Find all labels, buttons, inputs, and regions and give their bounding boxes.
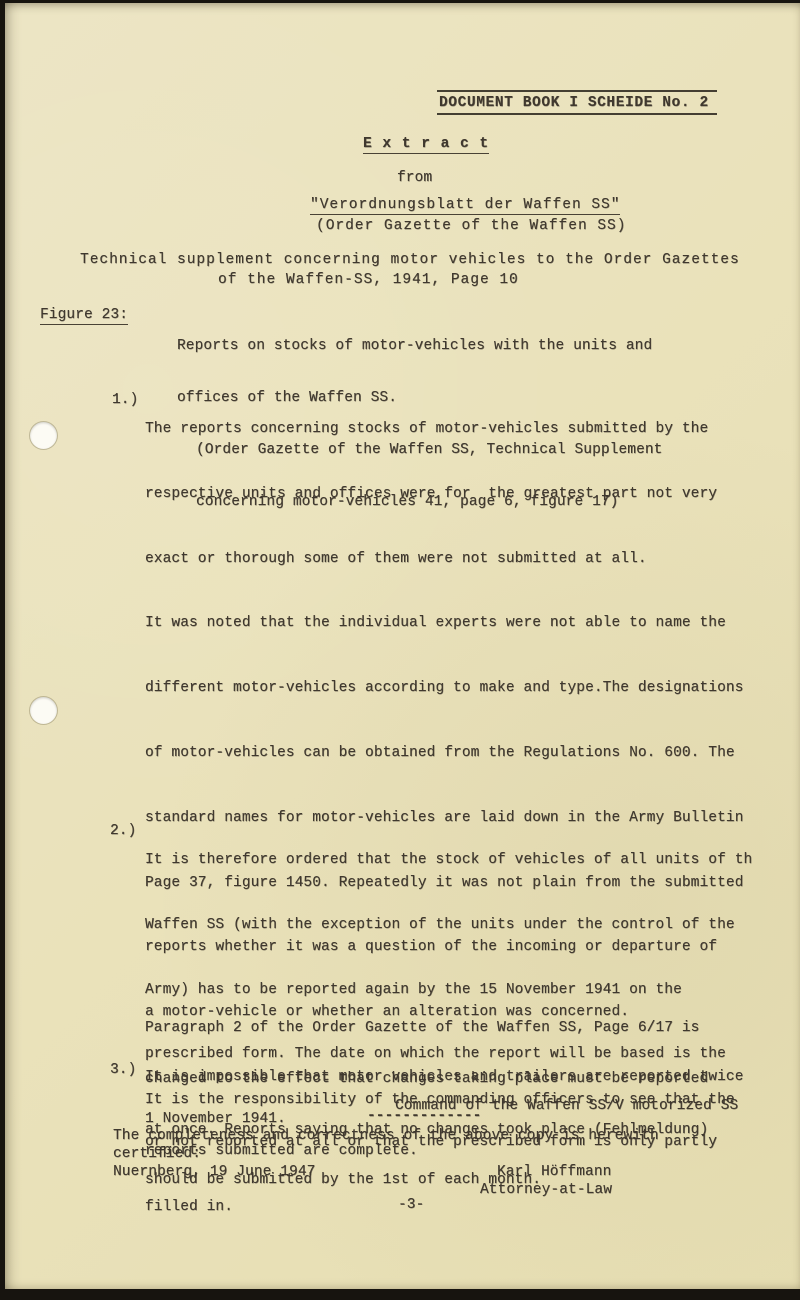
subject-line-2: of the Waffen-SS, 1941, Page 10 (218, 272, 519, 288)
certification-line-1: The completeness and correctness of the … (113, 1128, 659, 1144)
source-title: "Verordnungsblatt der Waffen SS" (310, 197, 620, 215)
subject-line-1: Technical supplement concerning motor ve… (80, 252, 740, 268)
certification-line-2: certified: (113, 1146, 201, 1162)
hole-punch-top (30, 422, 57, 449)
separator-dashes: ------------- (367, 1108, 481, 1124)
item-number-2: 2.) (110, 823, 136, 839)
source-subtitle: (Order Gazette of the Waffen SS) (316, 218, 626, 234)
paragraph-line: respective units and offices were for th… (145, 478, 744, 511)
paragraph-line: Paragraph 2 of the Order Gazette of the … (145, 1019, 708, 1038)
item-number-1: 1.) (112, 392, 138, 408)
paragraph-line: different motor-vehicles according to ma… (145, 672, 744, 705)
from-label: from (397, 170, 432, 186)
figure-label: Figure 23: (40, 307, 128, 325)
extract-title: E x t r a c t (363, 136, 489, 154)
figure-line: Reports on stocks of motor-vehicles with… (177, 336, 662, 356)
paragraph-line: It is therefore ordered that the stock o… (145, 844, 752, 877)
hole-punch-bottom (30, 697, 57, 724)
place-date: Nuernberg, 19 June 1947 (113, 1164, 315, 1180)
signatory-title: Attorney-at-Law (480, 1182, 612, 1198)
paragraph-line: exact or thorough some of them were not … (145, 543, 744, 576)
item-number-3: 3.) (110, 1062, 136, 1078)
paragraph-line: reports submitted are complete. (145, 1142, 735, 1161)
signatory-name: Karl Höffmann (497, 1164, 611, 1180)
paragraph-line: The reports concerning stocks of motor-v… (145, 413, 744, 446)
page-number: -3- (398, 1197, 424, 1213)
document-scan: DOCUMENT BOOK I SCHEIDE No. 2 E x t r a … (0, 0, 800, 1300)
paragraph-line: of motor-vehicles can be obtained from t… (145, 737, 744, 770)
doc-ref: DOCUMENT BOOK I SCHEIDE No. 2 (437, 90, 717, 115)
paragraph-line: Waffen SS (with the exception of the uni… (145, 909, 752, 942)
paragraph-line: It was noted that the individual experts… (145, 607, 744, 640)
